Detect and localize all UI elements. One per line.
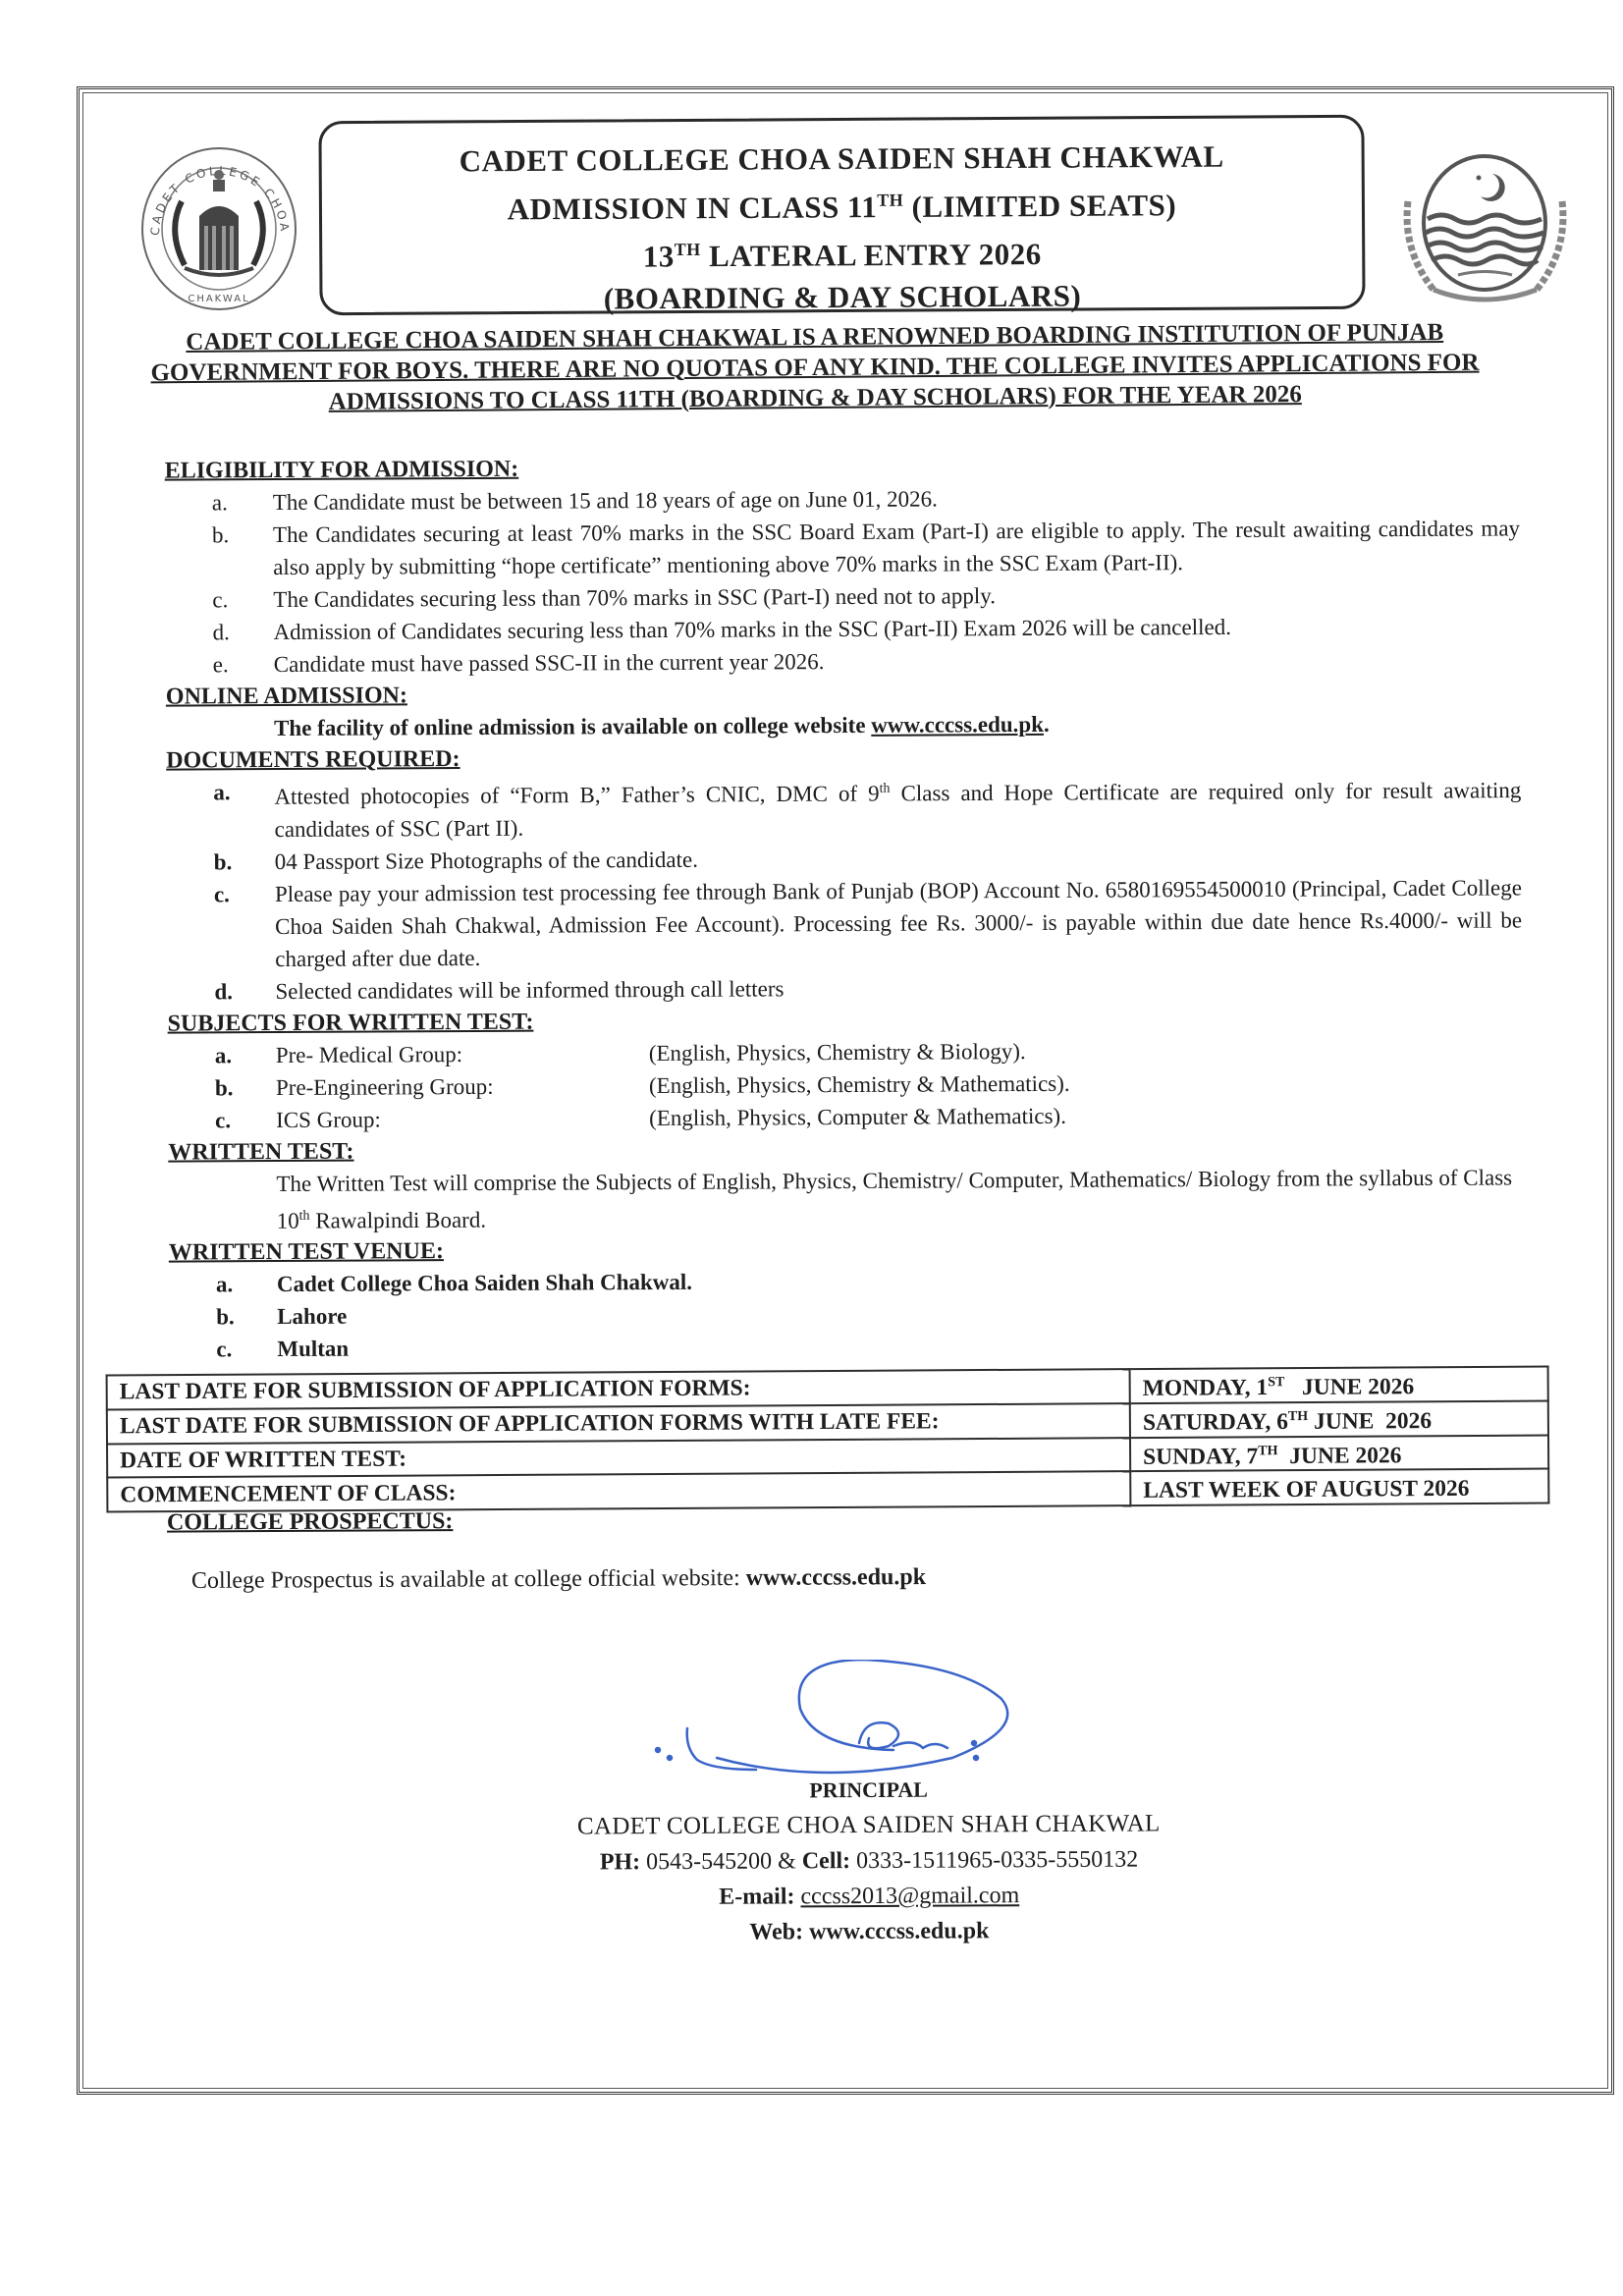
prospectus-website-link[interactable]: www.cccss.edu.pk	[746, 1564, 926, 1591]
email-link[interactable]: cccss2013@gmail.com	[800, 1883, 1019, 1909]
prospectus-text: College Prospectus is available at colle…	[191, 1564, 926, 1595]
list-item: c.Please pay your admission test process…	[167, 871, 1522, 975]
contact-email: E-mail: cccss2013@gmail.com	[511, 1877, 1227, 1916]
venue-list: a.Cadet College Choa Saiden Shah Chakwal…	[169, 1262, 1524, 1366]
documents-list: a.Attested photocopies of “Form B,” Fath…	[166, 769, 1522, 1008]
prospectus-heading: COLLEGE PROSPECTUS:	[167, 1502, 1149, 1538]
web-link[interactable]: www.cccss.edu.pk	[809, 1918, 989, 1944]
lateral-entry-title: 13TH LATERAL ENTRY 2026	[322, 225, 1362, 280]
eligibility-list: a.The Candidate must be between 15 and 1…	[165, 479, 1521, 681]
written-test-text: The Written Test will comprise the Subje…	[168, 1161, 1523, 1237]
schedule-table: LAST DATE FOR SUBMISSION OF APPLICATION …	[106, 1366, 1550, 1513]
principal-title: PRINCIPAL	[511, 1771, 1227, 1810]
scholars-title: (BOARDING & DAY SCHOLARS)	[322, 273, 1362, 320]
list-item: b.The Candidates securing at least 70% m…	[165, 512, 1520, 583]
college-website-link[interactable]: www.cccss.edu.pk	[871, 712, 1044, 738]
government-of-punjab-logo	[1394, 142, 1576, 314]
college-name-title: CADET COLLEGE CHOA SAIDEN SHAH CHAKWAL	[322, 136, 1362, 183]
notice-body: ELIGIBILITY FOR ADMISSION: a.The Candida…	[165, 448, 1525, 1366]
svg-text:CHAKWAL: CHAKWAL	[188, 294, 249, 304]
list-item: a.Attested photocopies of “Form B,” Fath…	[166, 769, 1521, 846]
contact-phone: PH: 0543-545200 & Cell: 0333-1511965-033…	[511, 1841, 1227, 1881]
college-crest-logo: CADET COLLEGE CHOA SAIDEN SHAH CHAKWAL	[137, 142, 299, 314]
subjects-list: a.Pre- Medical Group:(English, Physics, …	[168, 1032, 1523, 1136]
signatory-college: CADET COLLEGE CHOA SAIDEN SHAH CHAKWAL	[511, 1806, 1227, 1845]
title-box: CADET COLLEGE CHOA SAIDEN SHAH CHAKWAL A…	[318, 115, 1365, 316]
signatory-block: PRINCIPAL CADET COLLEGE CHOA SAIDEN SHAH…	[511, 1771, 1228, 1951]
admission-title: ADMISSION IN CLASS 11TH (LIMITED SEATS)	[322, 177, 1362, 232]
principal-signature	[628, 1660, 1100, 1787]
contact-web: Web: www.cccss.edu.pk	[511, 1912, 1227, 1951]
intro-paragraph: CADET COLLEGE CHOA SAIDEN SHAH CHAKWAL I…	[128, 317, 1503, 419]
prospectus-section: COLLEGE PROSPECTUS:	[167, 1502, 1149, 1538]
